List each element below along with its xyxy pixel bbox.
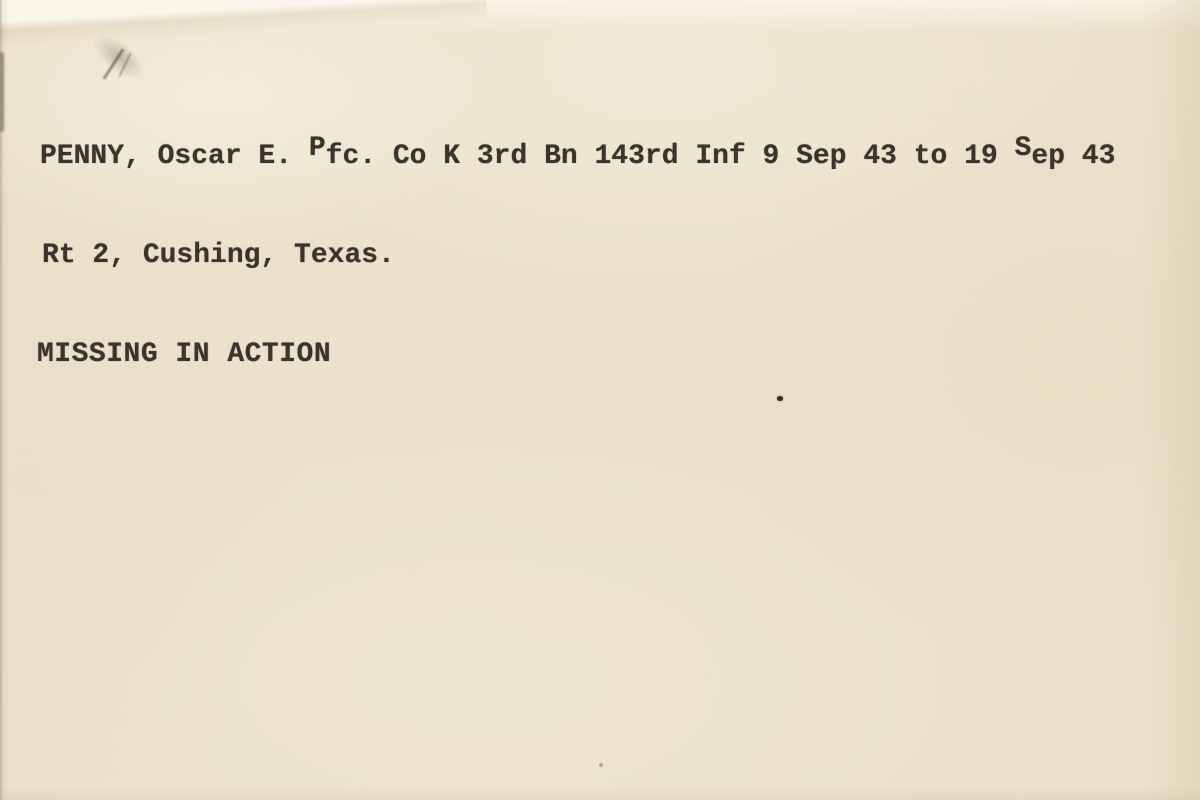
line1-raised-letter: P — [309, 132, 326, 165]
index-card: PENNY, Oscar E. Pfc. Co K 3rd Bn 143rd I… — [0, 0, 1200, 800]
typed-line-name-unit-dates: PENNY, Oscar E. Pfc. Co K 3rd Bn 143rd I… — [40, 140, 1115, 173]
line1-text: ep 43 — [1031, 141, 1115, 172]
line1-text: fc. Co K 3rd Bn 143rd Inf 9 Sep 43 to 19 — [326, 141, 1015, 172]
scan-edge-bottom-shade — [0, 786, 1200, 800]
paper-speck — [599, 763, 603, 767]
typed-line-status: MISSING IN ACTION — [37, 338, 1115, 371]
line1-text: PENNY, Oscar E. — [40, 141, 309, 172]
typed-line-address: Rt 2, Cushing, Texas. — [42, 239, 1115, 272]
line1-raised-letter: S — [1015, 132, 1032, 165]
scan-edge-dark-mark — [0, 52, 4, 132]
typed-text-block: PENNY, Oscar E. Pfc. Co K 3rd Bn 143rd I… — [40, 74, 1115, 437]
scan-edge-right-shade — [1140, 0, 1200, 800]
